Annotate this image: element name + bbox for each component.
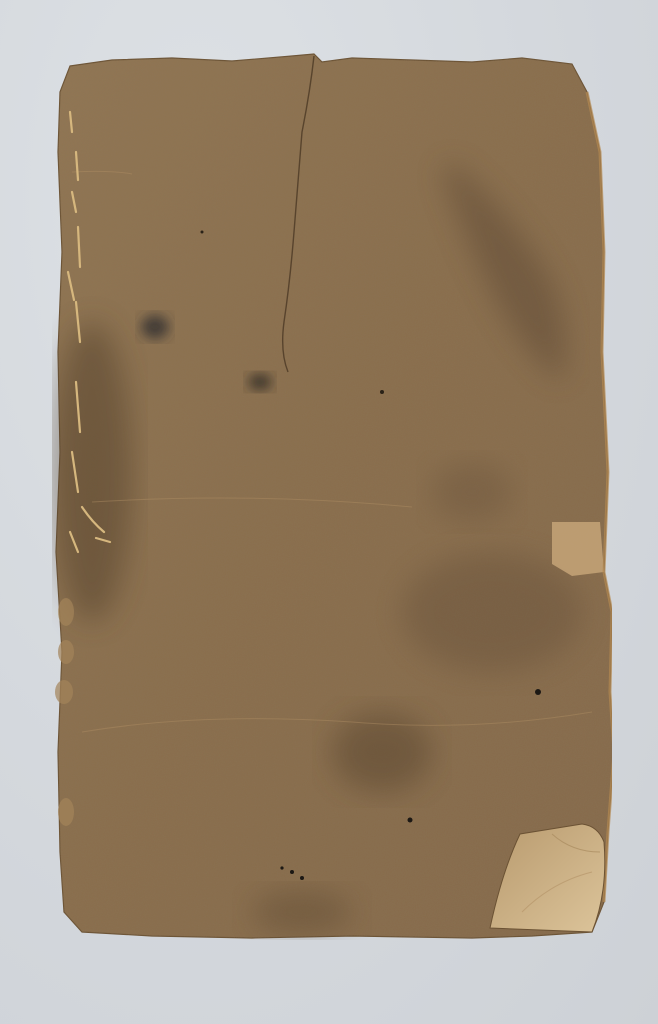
- torn-patch: [552, 522, 604, 576]
- booklet-cover: [52, 52, 612, 940]
- photo-background: [0, 0, 658, 1024]
- booklet-illustration: [52, 52, 612, 940]
